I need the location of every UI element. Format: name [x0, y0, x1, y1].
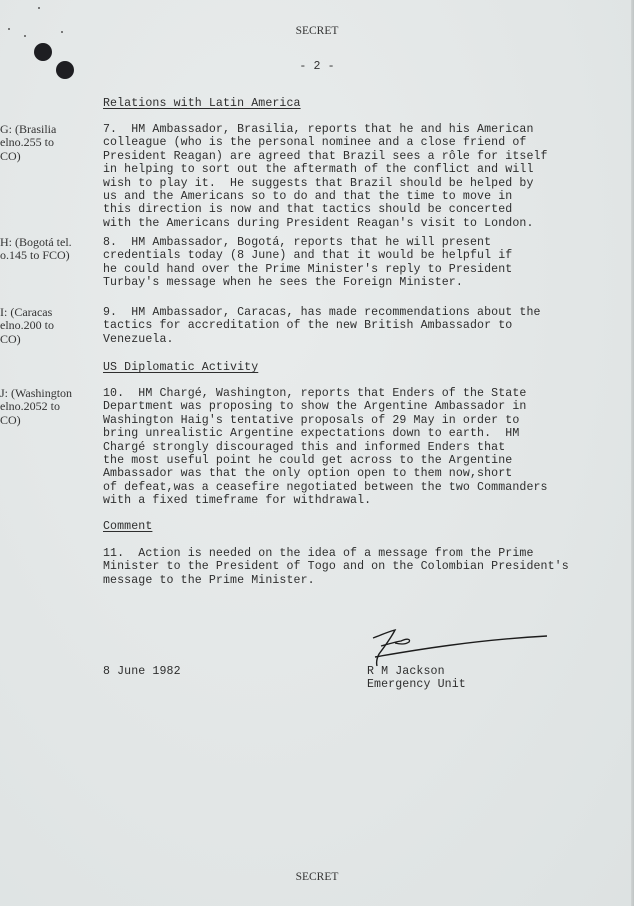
speck — [38, 7, 40, 9]
punch-hole-icon — [34, 43, 52, 61]
document-date: 8 June 1982 — [103, 665, 181, 678]
signatory-block: R M Jackson Emergency Unit — [367, 665, 466, 692]
section-heading-latin-america: Relations with Latin America — [103, 97, 301, 110]
classification-top: SECRET — [0, 25, 634, 37]
section-heading-comment: Comment — [103, 520, 152, 533]
section-heading-us-diplomatic: US Diplomatic Activity — [103, 361, 258, 374]
page-number: - 2 - — [0, 60, 634, 73]
classification-bottom: SECRET — [0, 871, 634, 883]
paragraph-11: 11. Action is needed on the idea of a me… — [103, 547, 569, 587]
margin-ref-7: G: (Brasilia elno.255 to CO) — [0, 123, 56, 163]
paragraph-10: 10. HM Chargé, Washington, reports that … — [103, 387, 548, 508]
margin-ref-9: I: (Caracas elno.200 to CO) — [0, 306, 54, 346]
document-page: SECRET - 2 - Relations with Latin Americ… — [0, 0, 634, 906]
paragraph-8: 8. HM Ambassador, Bogotá, reports that h… — [103, 236, 512, 290]
margin-ref-8: H: (Bogotá tel. o.145 to FCO) — [0, 236, 72, 263]
margin-ref-10: J: (Washington elno.2052 to CO) — [0, 387, 72, 427]
paragraph-9: 9. HM Ambassador, Caracas, has made reco… — [103, 306, 541, 346]
handwritten-signature-icon — [365, 624, 555, 669]
signatory-name: R M Jackson — [367, 665, 445, 678]
signatory-unit: Emergency Unit — [367, 678, 466, 691]
paragraph-7: 7. HM Ambassador, Brasilia, reports that… — [103, 123, 548, 230]
